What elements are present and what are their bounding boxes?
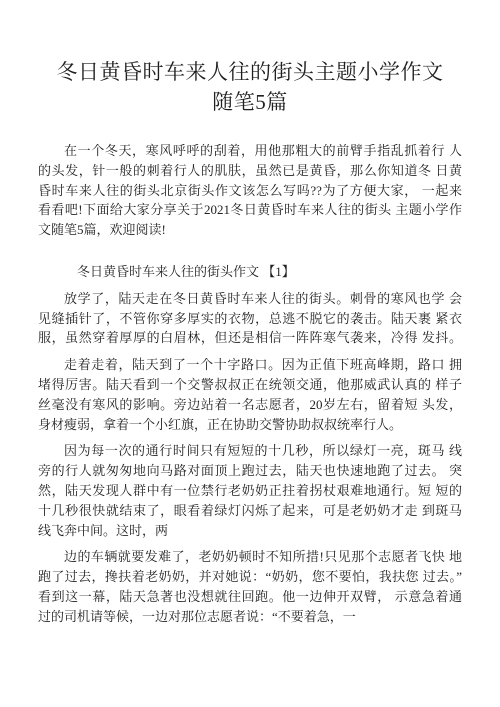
body-paragraph-2: 走着走着，陆天到了一个十字路口。因为正值下班高峰期，路口 拥 堵得厉害。陆天看到… bbox=[38, 355, 462, 434]
body-paragraph-1: 放学了，陆天走在冬日黄昏时车来人往的街头。刺骨的寒风也学 会 见缝插针了，不管你… bbox=[38, 289, 462, 348]
text-line: 堵得厉害。陆天看到一个交警叔叔正在统领交通，他那威武认真的 样子 bbox=[38, 375, 462, 395]
text-line: 放学了，陆天走在冬日黄昏时车来人往的街头。刺骨的寒风也学 会 bbox=[38, 289, 462, 309]
body-paragraph-3: 因为每一次的通行时间只有短短的十几秒，所以绿灯一亮，斑马 线 旁的行人就匆匆地向… bbox=[38, 441, 462, 540]
text-line: 文随笔5篇，欢迎阅读! bbox=[38, 220, 462, 240]
text-line: 丝毫没有寒风的影响。旁边站着一名志愿者，20岁左右，留着短 头发， bbox=[38, 395, 462, 415]
section-heading-1: 冬日黄昏时车来人往的街头作文 【1】 bbox=[38, 262, 462, 282]
text-line: 见缝插针了，不管你穿多厚实的衣物，总逃不脱它的袭击。陆天裹 紧衣 bbox=[38, 309, 462, 329]
text-line: 看看吧!下面给大家分享关于2021冬日黄昏时车来人往的街头 主题小学作 bbox=[38, 200, 462, 220]
text-line: 昏时车来人往的街头北京街头作文该怎么写吗??为了方便大家， 一起来 bbox=[38, 181, 462, 201]
text-line: 线飞奔中间。这时，两 bbox=[38, 521, 462, 541]
body-paragraph-4: 边的车辆就要发难了，老奶奶顿时不知所措!只见那个志愿者飞快 地 跑了过去，搀扶着… bbox=[38, 547, 462, 626]
text-line: 跑了过去，搀扶着老奶奶，并对她说：“奶奶，您不要怕，我扶您 过去。” bbox=[38, 567, 462, 587]
document-page: 冬日黄昏时车来人往的街头主题小学作文 随笔5篇 在一个冬天，寒风呼呼的刮着，用他… bbox=[0, 0, 500, 707]
title-line-1: 冬日黄昏时车来人往的街头主题小学作文 bbox=[38, 57, 462, 87]
text-line: 走着走着，陆天到了一个十字路口。因为正值下班高峰期，路口 拥 bbox=[38, 355, 462, 375]
text-line: 的头发，针一般的刺着行人的肌肤，虽然已是黄昏，那么你知道冬 日黄 bbox=[38, 161, 462, 181]
text-line: 身材瘦弱，拿着一个小红旗，正在协助交警协助叔叔统率行人。 bbox=[38, 415, 462, 435]
text-line: 然，陆天发现人群中有一位禁行老奶奶正拄着拐杖艰难地通行。短 短的 bbox=[38, 481, 462, 501]
title-line-2: 随笔5篇 bbox=[38, 87, 462, 117]
text-line: 在一个冬天，寒风呼呼的刮着，用他那粗大的前臂手指乱抓着行 人 bbox=[38, 141, 462, 161]
text-line: 过的司机请等候，一边对那位志愿者说：“不要着急，一 bbox=[38, 607, 462, 627]
document-title: 冬日黄昏时车来人往的街头主题小学作文 随笔5篇 bbox=[38, 57, 462, 117]
text-line: 边的车辆就要发难了，老奶奶顿时不知所措!只见那个志愿者飞快 地 bbox=[38, 547, 462, 567]
intro-paragraph: 在一个冬天，寒风呼呼的刮着，用他那粗大的前臂手指乱抓着行 人 的头发，针一般的刺… bbox=[38, 141, 462, 240]
text-line: 旁的行人就匆匆地向马路对面顶上跑过去，陆天也快速地跑了过去。 突 bbox=[38, 461, 462, 481]
text-line: 因为每一次的通行时间只有短短的十几秒，所以绿灯一亮，斑马 线 bbox=[38, 441, 462, 461]
text-line: 看到这一幕，陆天急著也没想就往回跑。他一边伸开双臂， 示意急着通 bbox=[38, 587, 462, 607]
text-line: 十几秒很快就结束了，眼看着绿灯闪烁了起来，可是老奶奶才走 到斑马 bbox=[38, 501, 462, 521]
text-line: 服，虽然穿着厚厚的白眉林，但还是相信一阵阵寒气袭来，冷得 发抖。 bbox=[38, 328, 462, 348]
